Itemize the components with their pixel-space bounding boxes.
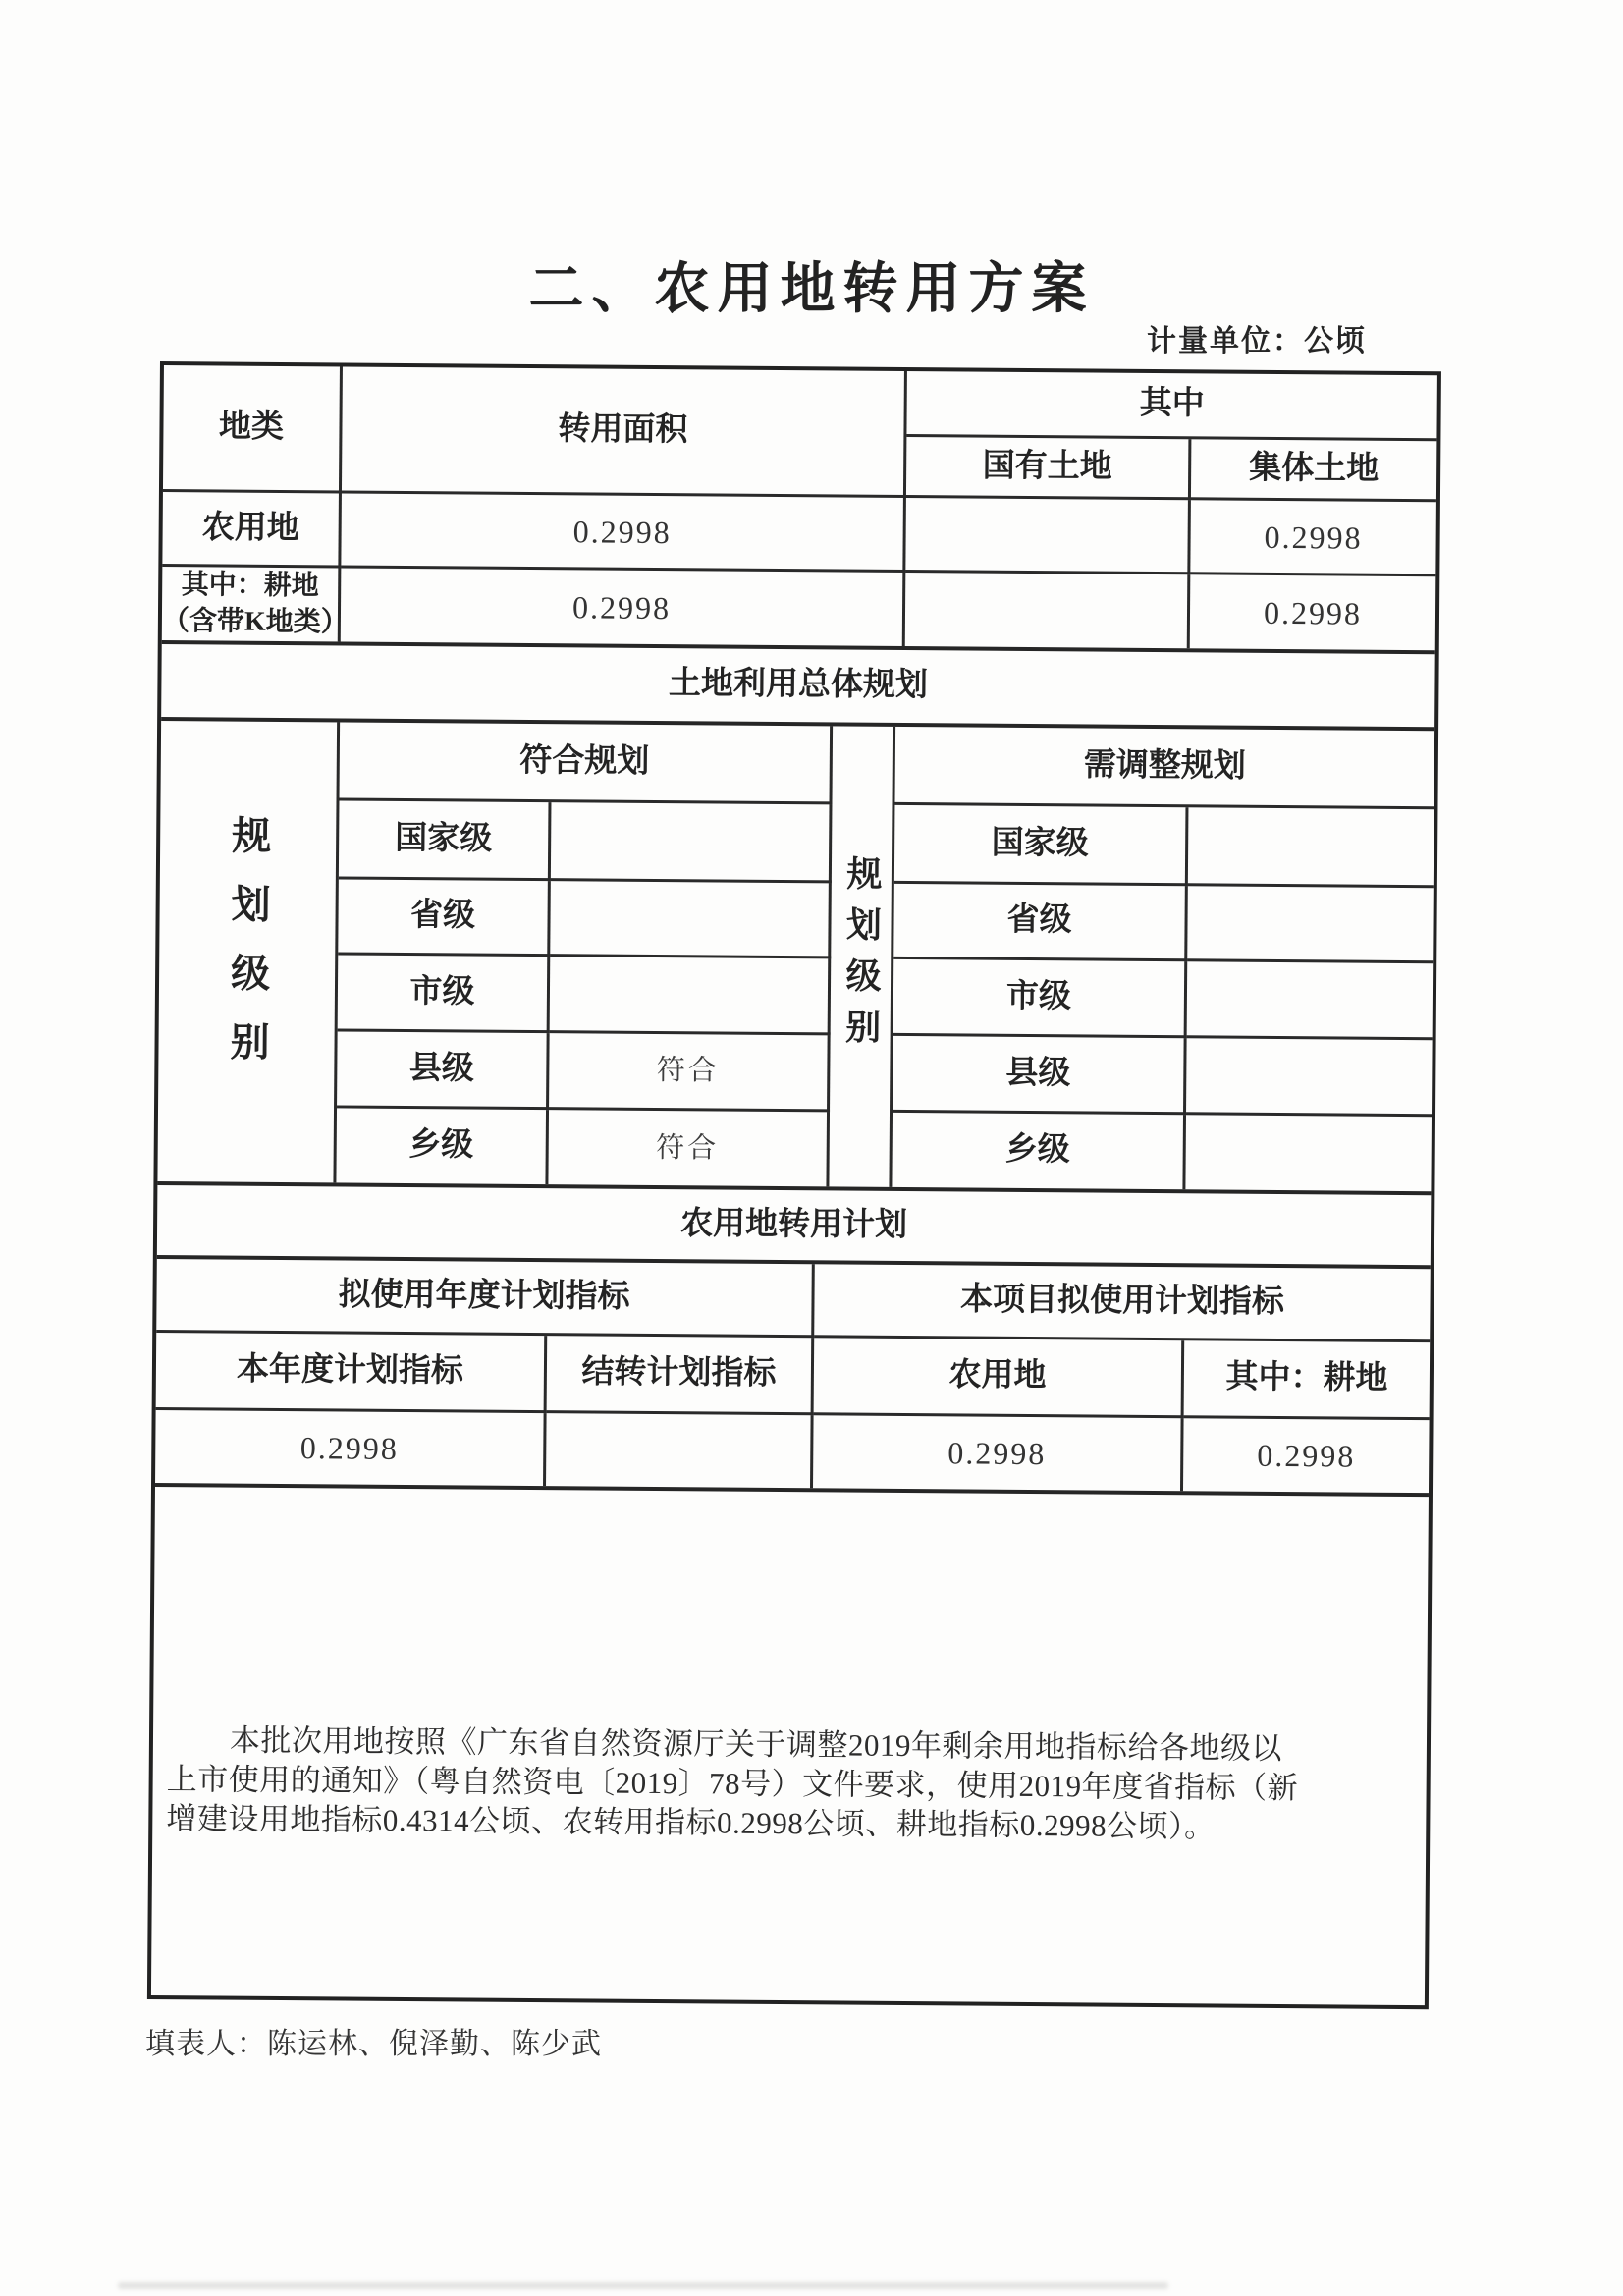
level-municipal-left: 市级: [338, 955, 551, 1033]
cultivated-land-label-line1: 其中：耕地: [182, 568, 319, 604]
level-national-right: 国家级: [894, 805, 1189, 886]
remark-paragraph: 本批次用地按照《广东省自然资源厅关于调整2019年剩余用地指标给各地级以 上市使…: [151, 1487, 1429, 2005]
col-header-cultivated: 其中：耕地: [1184, 1340, 1431, 1420]
overall-planning-banner: 土地利用总体规划: [161, 644, 1435, 731]
adjust-municipal-value: [1187, 961, 1434, 1040]
row-cultivated-land-label: 其中：耕地 （含带K地类）: [162, 567, 342, 641]
planning-level-header-left-text: 规划级别: [222, 814, 273, 1089]
level-provincial-left: 省级: [338, 879, 551, 957]
adjust-county-value: [1186, 1038, 1433, 1117]
agricultural-land-state-value: [905, 498, 1191, 574]
adjust-provincial-value: [1187, 886, 1434, 963]
remark-section: 本批次用地按照《广东省自然资源厅关于调整2019年剩余用地指标给各地级以 上市使…: [151, 1487, 1429, 2005]
land-conversion-table: 地类 转用面积 其中 国有土地 集体土地 农用地 0.2998 0.2998 其…: [147, 361, 1441, 2009]
agricultural-indicator-value: 0.2998: [813, 1415, 1184, 1491]
scanned-document-page: 二、农用地转用方案 计量单位：公顷 地类 转用面积 其中 国有土地 集体土地 农…: [0, 0, 1623, 2296]
overall-planning-title: 土地利用总体规划: [161, 644, 1435, 727]
col-header-carryover: 结转计划指标: [547, 1336, 815, 1415]
header-conversion-area: 转用面积: [342, 366, 907, 498]
annual-indicator-header: 拟使用年度计划指标: [156, 1259, 815, 1338]
cultivated-indicator-value: 0.2998: [1183, 1418, 1430, 1493]
compliant-municipal-value: [550, 957, 832, 1035]
plan-indicators-section: 拟使用年度计划指标 本项目拟使用计划指标 本年度计划指标 结转计划指标 农用地 …: [155, 1259, 1431, 1497]
level-county-left: 县级: [337, 1031, 550, 1110]
adjust-township-value: [1185, 1115, 1432, 1191]
measurement-unit-note: 计量单位：公顷: [1147, 316, 1367, 359]
level-national-left: 国家级: [339, 800, 552, 881]
header-collective: 集体土地: [1191, 439, 1436, 502]
header-land-type: 地类: [163, 365, 343, 493]
compliant-planning-header: 符合规划: [339, 722, 833, 804]
cultivated-land-collective-value: 0.2998: [1190, 574, 1436, 650]
compliant-provincial-value: [550, 881, 832, 958]
compliant-national-value: [551, 802, 833, 883]
col-header-agricultural: 农用地: [814, 1338, 1185, 1418]
col-header-current-year: 本年度计划指标: [156, 1333, 548, 1413]
level-township-right: 乡级: [892, 1113, 1186, 1189]
compliant-township-value: 符合: [548, 1110, 830, 1186]
bottom-scan-smudge: [118, 2282, 1168, 2289]
agricultural-land-collective-value: 0.2998: [1190, 500, 1436, 576]
conversion-plan-banner: 农用地转用计划: [157, 1185, 1432, 1269]
project-indicator-header: 本项目拟使用计划指标: [814, 1264, 1431, 1342]
adjust-planning-header: 需调整规划: [894, 727, 1434, 809]
row-agricultural-land-label: 农用地: [162, 492, 342, 568]
agricultural-land-area-value: 0.2998: [341, 493, 906, 573]
form-filler-line: 填表人：陈运林、倪泽勤、陈少武: [145, 2019, 602, 2062]
level-township-left: 乡级: [336, 1108, 549, 1184]
header-of-which: 其中: [906, 371, 1437, 441]
cultivated-land-label-line2: （含带K地类）: [162, 604, 338, 641]
land-area-section: 地类 转用面积 其中 国有土地 集体土地 农用地 0.2998 0.2998 其…: [162, 365, 1437, 654]
conversion-plan-title: 农用地转用计划: [157, 1185, 1432, 1265]
cultivated-land-area-value: 0.2998: [341, 568, 906, 646]
adjust-national-value: [1188, 807, 1434, 888]
planning-level-header-right-text: 规划级别: [838, 854, 884, 1059]
level-county-right: 县级: [893, 1036, 1187, 1115]
carryover-indicator-value: [546, 1413, 814, 1488]
current-year-indicator-value: 0.2998: [155, 1410, 547, 1486]
planning-level-header-right: 规划级别: [829, 726, 895, 1186]
planning-levels-section: 规划级别 符合规划 规划级别 需调整规划 国家级 国家级 省级 省级 市级 市级…: [157, 721, 1434, 1195]
page-title: 二、农用地转用方案: [0, 246, 1623, 324]
header-state-owned: 国有土地: [906, 437, 1191, 500]
compliant-county-value: 符合: [549, 1033, 831, 1112]
cultivated-land-state-value: [905, 573, 1191, 648]
planning-level-header-left: 规划级别: [157, 721, 340, 1182]
level-municipal-right: 市级: [893, 959, 1188, 1038]
level-provincial-right: 省级: [893, 884, 1188, 961]
